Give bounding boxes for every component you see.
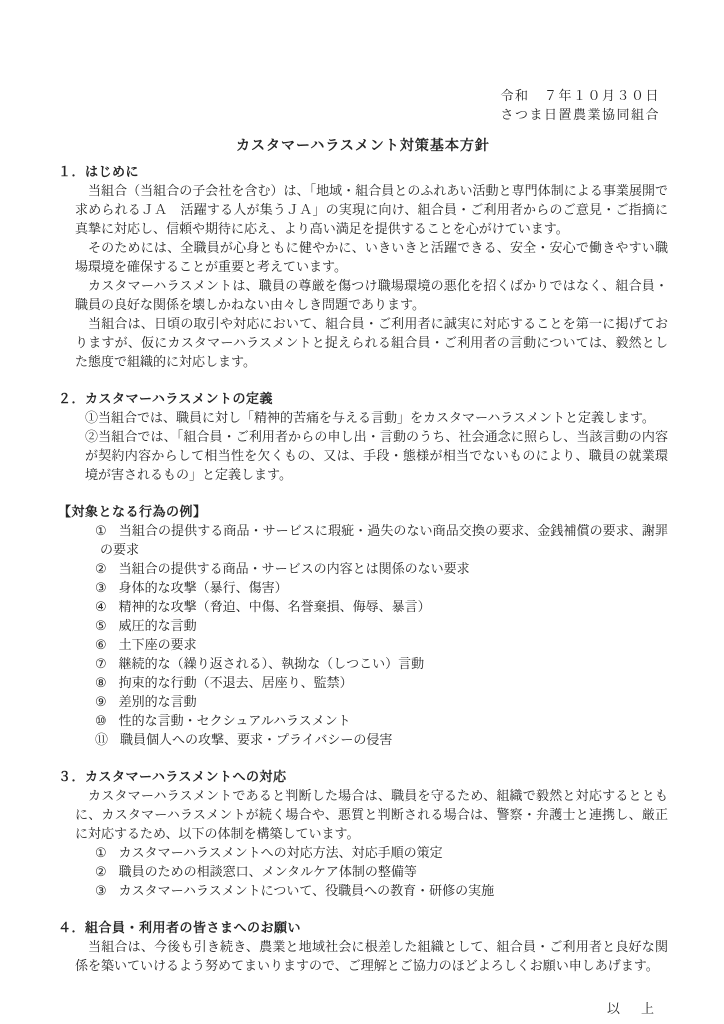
examples-heading: 【対象となる行為の例】 — [58, 502, 668, 521]
circled-number: ① — [95, 845, 107, 860]
document-header: 令和 ７年１０月３０日 さつま日置農業協同組合 — [58, 86, 668, 124]
list-item: ⑤威圧的な言動 — [58, 616, 668, 635]
list-item: ④精神的な攻撃（脅迫、中傷、名誉棄損、侮辱、暴言） — [58, 597, 668, 616]
circled-number: ② — [85, 429, 98, 444]
circled-number: ② — [95, 864, 107, 879]
section-request: ４．組合員・利用者の皆さまへのお願い 当組合は、今後も引き続き、農業と地域社会に… — [58, 918, 668, 975]
item-text: 当組合では、「組合員・ご利用者からの申し出・言動のうち、社会通念に照らし、当該言… — [85, 429, 668, 482]
paragraph: カスタマーハラスメントであると判断した場合は、職員を守るため、組織で毅然と対応す… — [58, 786, 668, 843]
paragraph: 当組合は、日頃の取引や対応において、組合員・ご利用者に誠実に対応することを第一に… — [58, 314, 668, 371]
section-examples: 【対象となる行為の例】 ①当組合の提供する商品・サービスに瑕疵・過失のない商品交… — [58, 502, 668, 749]
document-content: 令和 ７年１０月３０日 さつま日置農業協同組合 カスタマーハラスメント対策基本方… — [0, 0, 724, 1018]
item-text: 拘束的な行動（不退去、居座り、監禁） — [119, 675, 353, 690]
list-item: ③身体的な攻撃（暴行、傷害） — [58, 578, 668, 597]
date-line: 令和 ７年１０月３０日 — [58, 86, 660, 105]
section-definition: ２．カスタマーハラスメントの定義 ①当組合では、職員に対し「精神的苦痛を与える言… — [58, 389, 668, 484]
circled-number: ③ — [95, 580, 107, 595]
item-text: 職員のための相談窓口、メンタルケア体制の整備等 — [119, 864, 417, 879]
paragraph: そのためには、全職員が心身ともに健やかに、いきいきと活躍できる、安全・安心で働き… — [58, 238, 668, 276]
section-heading: ３．カスタマーハラスメントへの対応 — [58, 767, 668, 786]
list-item: ⑪職員個人への攻撃、要求・プライバシーの侵害 — [58, 730, 668, 749]
circled-number: ① — [95, 523, 107, 538]
item-text: 差別的な言動 — [119, 694, 197, 709]
list-item: ②当組合の提供する商品・サービスの内容とは関係のない要求 — [58, 559, 668, 578]
circled-number: ⑩ — [95, 713, 107, 728]
item-text: 継続的な（繰り返される）、執拗な（しつこい）言動 — [119, 656, 425, 671]
circled-number: ⑦ — [95, 656, 107, 671]
item-text: 職員個人への攻撃、要求・プライバシーの侵害 — [120, 732, 392, 747]
item-text: 威圧的な言動 — [119, 618, 197, 633]
list-item: ①当組合の提供する商品・サービスに瑕疵・過失のない商品交換の要求、金銭補償の要求… — [58, 521, 668, 559]
item-text: 当組合の提供する商品・サービスに瑕疵・過失のない商品交換の要求、金銭補償の要求、… — [100, 523, 668, 557]
item-text: 当組合では、職員に対し「精神的苦痛を与える言動」をカスタマーハラスメントと定義し… — [98, 410, 655, 425]
list-item: ①当組合では、職員に対し「精神的苦痛を与える言動」をカスタマーハラスメントと定義… — [58, 408, 668, 427]
circled-number: ⑧ — [95, 675, 107, 690]
paragraph: 当組合（当組合の子会社を含む）は、「地域・組合員とのふれあい活動と専門体制による… — [58, 181, 668, 238]
section-heading: ４．組合員・利用者の皆さまへのお願い — [58, 918, 668, 937]
list-item: ③カスタマーハラスメントについて、役職員への教育・研修の実施 — [58, 881, 668, 900]
item-text: 身体的な攻撃（暴行、傷害） — [119, 580, 288, 595]
section-heading: ２．カスタマーハラスメントの定義 — [58, 389, 668, 408]
list-item: ②当組合では、「組合員・ご利用者からの申し出・言動のうち、社会通念に照らし、当該… — [58, 427, 668, 484]
organization-line: さつま日置農業協同組合 — [58, 105, 660, 124]
circled-number: ① — [85, 410, 98, 425]
page-title: カスタマーハラスメント対策基本方針 — [58, 136, 668, 155]
list-item: ⑩性的な言動・セクシュアルハラスメント — [58, 711, 668, 730]
circled-number: ③ — [95, 883, 107, 898]
list-item: ⑦継続的な（繰り返される）、執拗な（しつこい）言動 — [58, 654, 668, 673]
circled-number: ⑥ — [95, 637, 107, 652]
list-item: ②職員のための相談窓口、メンタルケア体制の整備等 — [58, 862, 668, 881]
circled-number: ⑨ — [95, 694, 107, 709]
list-item: ⑧拘束的な行動（不退去、居座り、監禁） — [58, 673, 668, 692]
paragraph: 当組合は、今後も引き続き、農業と地域社会に根差した組織として、組合員・ご利用者と… — [58, 937, 668, 975]
item-text: 性的な言動・セクシュアルハラスメント — [119, 713, 351, 728]
closing-mark: 以 上 — [58, 999, 668, 1018]
list-item: ⑥土下座の要求 — [58, 635, 668, 654]
item-text: カスタマーハラスメントについて、役職員への教育・研修の実施 — [119, 883, 494, 898]
item-text: カスタマーハラスメントへの対応方法、対応手順の策定 — [119, 845, 443, 860]
paragraph: カスタマーハラスメントは、職員の尊厳を傷つけ職場環境の悪化を招くばかりではなく、… — [58, 276, 668, 314]
circled-number: ⑤ — [95, 618, 107, 633]
item-text: 土下座の要求 — [119, 637, 197, 652]
section-response: ３．カスタマーハラスメントへの対応 カスタマーハラスメントであると判断した場合は… — [58, 767, 668, 900]
item-text: 精神的な攻撃（脅迫、中傷、名誉棄損、侮辱、暴言） — [119, 599, 431, 614]
section-heading: １．はじめに — [58, 162, 668, 181]
document-page: 令和 ７年１０月３０日 さつま日置農業協同組合 カスタマーハラスメント対策基本方… — [0, 0, 724, 1024]
list-item: ①カスタマーハラスメントへの対応方法、対応手順の策定 — [58, 843, 668, 862]
circled-number: ④ — [95, 599, 107, 614]
list-item: ⑨差別的な言動 — [58, 692, 668, 711]
circled-number: ② — [95, 561, 107, 576]
circled-number: ⑪ — [95, 732, 108, 747]
item-text: 当組合の提供する商品・サービスの内容とは関係のない要求 — [119, 561, 470, 576]
section-intro: １．はじめに 当組合（当組合の子会社を含む）は、「地域・組合員とのふれあい活動と… — [58, 162, 668, 371]
